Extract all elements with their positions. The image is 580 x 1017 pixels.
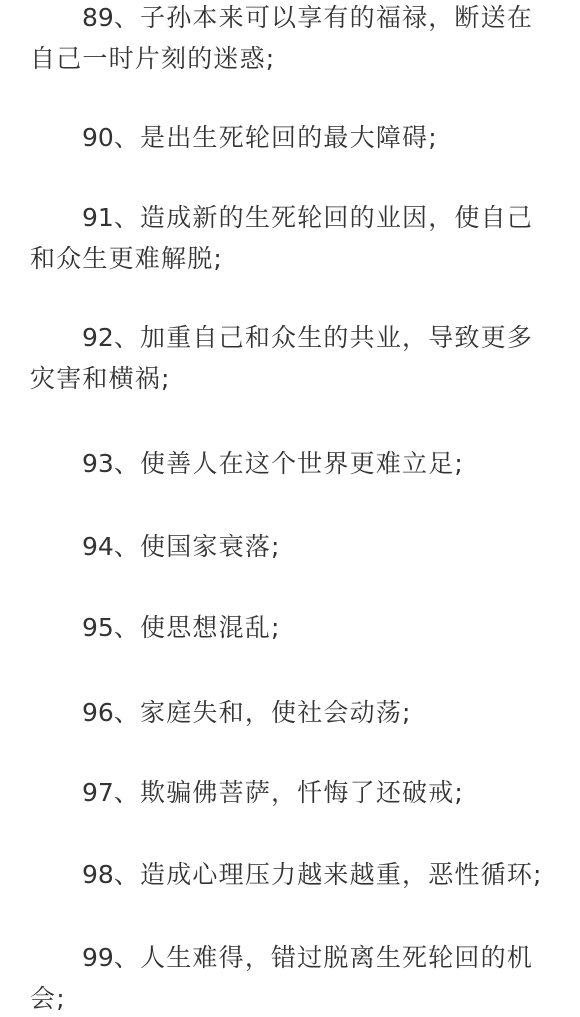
list-item: 98、造成心理压力越来越重，恶性循环; — [30, 854, 552, 895]
item-number: 97 — [82, 778, 114, 807]
item-number: 94 — [82, 532, 114, 561]
item-number: 90 — [82, 123, 114, 152]
list-item: 97、欺骗佛菩萨，忏悔了还破戒; — [30, 772, 552, 813]
item-number: 91 — [82, 203, 114, 232]
item-text: 、欺骗佛菩萨，忏悔了还破戒; — [114, 778, 464, 807]
item-text: 、家庭失和，使社会动荡; — [114, 698, 412, 727]
list-item: 92、加重自己和众生的共业，导致更多灾害和横祸; — [30, 317, 552, 399]
item-number: 93 — [82, 449, 114, 478]
item-text: 、使思想混乱; — [114, 613, 281, 642]
item-number: 89 — [82, 3, 114, 32]
list-item: 89、子孙本来可以享有的福禄，断送在自己一时片刻的迷惑; — [30, 0, 552, 79]
item-number: 92 — [82, 323, 114, 352]
item-text: 、使国家衰落; — [114, 532, 281, 561]
list-item: 94、使国家衰落; — [30, 526, 552, 567]
item-text: 、造成心理压力越来越重，恶性循环; — [114, 860, 543, 889]
item-number: 96 — [82, 698, 114, 727]
item-number: 99 — [82, 943, 114, 972]
list-item: 91、造成新的生死轮回的业因，使自己和众生更难解脱; — [30, 197, 552, 279]
list-item: 95、使思想混乱; — [30, 607, 552, 648]
item-text: 、是出生死轮回的最大障碍; — [114, 123, 438, 152]
item-number: 95 — [82, 613, 114, 642]
item-number: 98 — [82, 860, 114, 889]
list-item: 96、家庭失和，使社会动荡; — [30, 692, 552, 733]
list-item: 99、人生难得，错过脱离生死轮回的机会; — [30, 937, 552, 1017]
item-text: 、使善人在这个世界更难立足; — [114, 449, 464, 478]
list-item: 90、是出生死轮回的最大障碍; — [30, 117, 552, 158]
list-item: 93、使善人在这个世界更难立足; — [30, 443, 552, 484]
